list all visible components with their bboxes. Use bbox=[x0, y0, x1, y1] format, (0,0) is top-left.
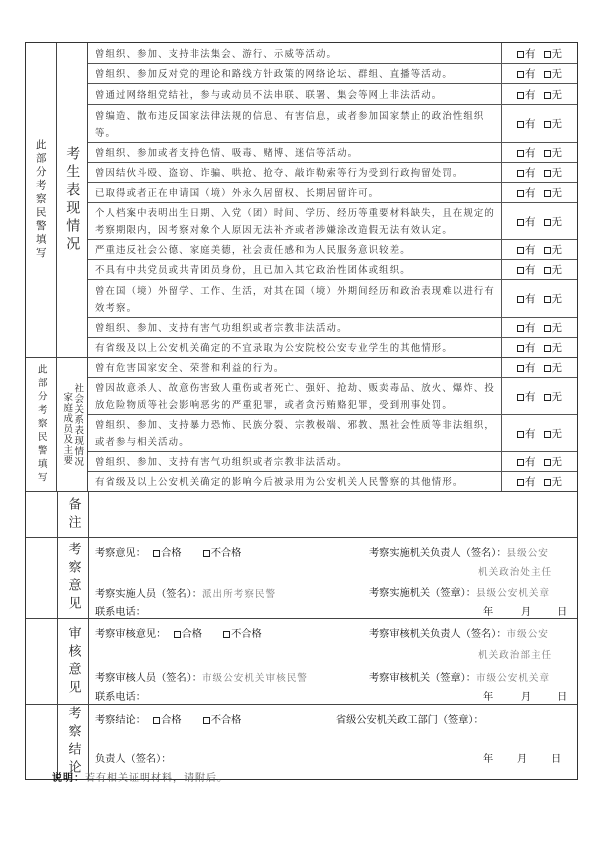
checkbox-icon bbox=[517, 247, 524, 254]
inspection-section: 考察意见 考察意见： 合格 不合格 考察实施人员（签名）：派出所考察民警 联系电… bbox=[26, 537, 577, 618]
candidate-section: 此部分考察民警填写 考生表现情况 曾组织、参加、支持非法集会、游行、示威等活动。… bbox=[26, 43, 577, 357]
candidate-inner-label: 考生表现情况 bbox=[62, 146, 82, 254]
yes-no-choice: 有 无 bbox=[502, 105, 577, 142]
yes-checkbox[interactable]: 有 bbox=[517, 389, 536, 404]
review-section: 审核意见 考察审核意见： 合格 不合格 考察审核人员（签名）：市级公安机关审核民… bbox=[26, 618, 577, 704]
family-item: 曾组织、参加、支持有害气功组织或者宗教非法活动。 有 无 bbox=[88, 451, 577, 471]
checkbox-icon bbox=[544, 150, 551, 157]
checkbox-icon bbox=[517, 394, 524, 401]
date-year: 年 bbox=[483, 688, 493, 703]
item-text: 曾编造、散布违反国家法律法规的信息、有害信息，或者参加国家禁止的政治性组织等。 bbox=[88, 105, 502, 142]
checkbox-icon bbox=[517, 431, 524, 438]
no-checkbox[interactable]: 无 bbox=[544, 145, 563, 160]
no-checkbox[interactable]: 无 bbox=[544, 340, 563, 355]
checkbox-icon bbox=[517, 219, 524, 226]
checkbox-icon bbox=[544, 365, 551, 372]
checkbox-icon bbox=[544, 92, 551, 99]
inspection-content: 考察意见： 合格 不合格 考察实施人员（签名）：派出所考察民警 联系电话： 考察… bbox=[89, 538, 577, 618]
date-day: 日 bbox=[557, 688, 567, 703]
inspection-label-cell: 考察意见 bbox=[58, 538, 89, 618]
checkbox-icon bbox=[544, 479, 551, 486]
no-checkbox[interactable]: 无 bbox=[544, 426, 563, 441]
review-form-table: 此部分考察民警填写 考生表现情况 曾组织、参加、支持非法集会、游行、示威等活动。… bbox=[25, 42, 578, 780]
checkbox-icon bbox=[203, 717, 210, 724]
checkbox-icon bbox=[544, 219, 551, 226]
fail-checkbox[interactable]: 不合格 bbox=[203, 548, 242, 559]
family-items: 曾有危害国家安全、荣誉和利益的行为。 有 无 曾因故意杀人、故意伤害致人重伤或者… bbox=[88, 358, 577, 491]
candidate-item: 已取得或者正在申请国（境）外永久居留权、长期居留许可。 有 无 bbox=[88, 182, 577, 202]
yes-checkbox[interactable]: 有 bbox=[517, 145, 536, 160]
yes-no-choice: 有 无 bbox=[502, 280, 577, 317]
conclusion-content: 考察结论： 合格 不合格 负责人（签名）： 省级公安机关政工部门（签章）： 年 … bbox=[89, 705, 577, 779]
checkbox-icon bbox=[517, 296, 524, 303]
fail-checkbox[interactable]: 不合格 bbox=[223, 629, 262, 640]
reviewer-value[interactable]: 市级公安机关审核民警 bbox=[202, 673, 308, 684]
checkbox-icon bbox=[544, 121, 551, 128]
date-day: 日 bbox=[557, 603, 567, 618]
yes-no-choice: 有 无 bbox=[502, 203, 577, 239]
review-opinion-label: 考察审核意见： bbox=[95, 629, 166, 640]
item-text: 曾组织、参加或者支持色情、吸毒、赌博、迷信等活动。 bbox=[88, 143, 502, 162]
item-text: 有省级及以上公安机关确定的不宜录取为公安院校公安专业学生的其他情形。 bbox=[88, 338, 502, 357]
family-inner-label: 社会关系表现情况 家庭成员及主要 bbox=[61, 383, 83, 467]
checkbox-icon bbox=[153, 717, 160, 724]
remarks-label-cell: 备注 bbox=[58, 492, 89, 537]
checkbox-icon bbox=[517, 267, 524, 274]
checkbox-icon bbox=[517, 170, 524, 177]
checkbox-icon bbox=[153, 550, 160, 557]
checkbox-icon bbox=[544, 325, 551, 332]
candidate-item: 不具有中共党员或共青团员身份，且已加入其它政治性团体或组织。 有 无 bbox=[88, 259, 577, 279]
review-leader-value-cont: 机关政治部主任 bbox=[478, 647, 552, 661]
checkbox-icon bbox=[517, 92, 524, 99]
candidate-item: 曾在国（境）外留学、工作、生活，对其在国（境）外期间经历和政治表现难以进行有效考… bbox=[88, 279, 577, 317]
yes-checkbox[interactable]: 有 bbox=[517, 320, 536, 335]
note-text: 若有相关证明材料，请附后。 bbox=[85, 773, 228, 784]
yes-checkbox[interactable]: 有 bbox=[517, 165, 536, 180]
item-text: 有省级及以上公安机关确定的影响今后被录用为公安机关人民警察的其他情形。 bbox=[88, 472, 502, 491]
conclusion-section: 考察结论 考察结论： 合格 不合格 负责人（签名）： 省级公安机关政工部门（签章… bbox=[26, 704, 577, 779]
candidate-item: 曾编造、散布违反国家法律法规的信息、有害信息，或者参加国家禁止的政治性组织等。 … bbox=[88, 104, 577, 142]
yes-checkbox[interactable]: 有 bbox=[517, 426, 536, 441]
remarks-section: 备注 bbox=[26, 491, 577, 537]
checkbox-icon bbox=[517, 190, 524, 197]
leader-value[interactable]: 县级公安 bbox=[507, 548, 549, 559]
candidate-item: 曾因结伙斗殴、盗窃、诈骗、哄抢、抢夺、敲诈勒索等行为受到行政拘留处罚。 有 无 bbox=[88, 162, 577, 182]
item-text: 曾在国（境）外留学、工作、生活，对其在国（境）外期间经历和政治表现难以进行有效考… bbox=[88, 280, 502, 317]
candidate-item: 严重违反社会公德、家庭美德，社会责任感和为人民服务意识较差。 有 无 bbox=[88, 239, 577, 259]
checkbox-icon bbox=[544, 345, 551, 352]
yes-no-choice: 有 无 bbox=[502, 43, 577, 63]
remarks-label: 备注 bbox=[64, 497, 83, 533]
date-year: 年 bbox=[483, 603, 493, 618]
date-month: 月 bbox=[521, 603, 531, 618]
candidate-item: 曾组织、参加、支持非法集会、游行、示威等活动。 有 无 bbox=[88, 43, 577, 63]
pass-checkbox[interactable]: 合格 bbox=[153, 715, 181, 726]
checkbox-icon bbox=[517, 459, 524, 466]
no-checkbox[interactable]: 无 bbox=[544, 214, 563, 229]
no-checkbox[interactable]: 无 bbox=[544, 116, 563, 131]
checkbox-icon bbox=[544, 296, 551, 303]
family-item: 曾因故意杀人、故意伤害致人重伤或者死亡、强奸、抢劫、贩卖毒品、放火、爆炸、投放危… bbox=[88, 377, 577, 414]
org-seal-label: 考察实施机关（签章）： bbox=[369, 588, 476, 599]
empty-cell bbox=[26, 619, 58, 704]
yes-checkbox[interactable]: 有 bbox=[517, 360, 536, 375]
checkbox-icon bbox=[223, 631, 230, 638]
checkbox-icon bbox=[544, 431, 551, 438]
no-checkbox[interactable]: 无 bbox=[544, 87, 563, 102]
inspector-label: 考察实施人员（签名）： bbox=[95, 589, 202, 600]
yes-checkbox[interactable]: 有 bbox=[517, 185, 536, 200]
no-checkbox[interactable]: 无 bbox=[544, 291, 563, 306]
checkbox-icon bbox=[544, 51, 551, 58]
empty-cell bbox=[26, 538, 58, 618]
family-item: 曾有危害国家安全、荣誉和利益的行为。 有 无 bbox=[88, 358, 577, 377]
no-checkbox[interactable]: 无 bbox=[544, 389, 563, 404]
candidate-outer-label-cell: 此部分考察民警填写 bbox=[26, 43, 57, 357]
leader-value-cont: 机关政治处主任 bbox=[478, 564, 552, 578]
candidate-item: 曾组织、参加或者支持色情、吸毒、赌博、迷信等活动。 有 无 bbox=[88, 142, 577, 162]
no-checkbox[interactable]: 无 bbox=[544, 320, 563, 335]
yes-no-choice: 有 无 bbox=[502, 378, 577, 414]
empty-cell bbox=[26, 492, 58, 537]
yes-checkbox[interactable]: 有 bbox=[517, 46, 536, 61]
item-text: 曾组织、参加反对党的理论和路线方针政策的网络论坛、群组、直播等活动。 bbox=[88, 64, 502, 83]
date-month: 月 bbox=[521, 688, 531, 703]
yes-no-choice: 有 无 bbox=[502, 143, 577, 162]
no-checkbox[interactable]: 无 bbox=[544, 165, 563, 180]
family-inner-label-cell: 社会关系表现情况 家庭成员及主要 bbox=[57, 358, 88, 491]
review-org-seal-label: 考察审核机关（签章）： bbox=[369, 673, 476, 684]
yes-checkbox[interactable]: 有 bbox=[517, 116, 536, 131]
yes-no-choice: 有 无 bbox=[502, 240, 577, 259]
phone-label: 联系电话： bbox=[95, 688, 146, 703]
no-checkbox[interactable]: 无 bbox=[544, 66, 563, 81]
review-label: 审核意见 bbox=[64, 626, 83, 698]
item-text: 曾组织、参加、支持非法集会、游行、示威等活动。 bbox=[88, 43, 502, 63]
conclusion-leader-label: 负责人（签名）： bbox=[95, 750, 171, 765]
yes-checkbox[interactable]: 有 bbox=[517, 242, 536, 257]
no-checkbox[interactable]: 无 bbox=[544, 360, 563, 375]
checkbox-icon bbox=[517, 121, 524, 128]
review-content: 考察审核意见： 合格 不合格 考察审核人员（签名）：市级公安机关审核民警 联系电… bbox=[89, 619, 577, 704]
review-org-seal-value[interactable]: 市级公安机关章 bbox=[476, 673, 550, 684]
item-text: 曾组织、参加、支持暴力恐怖、民族分裂、宗教极端、邪教、黑社会性质等非法组织，或者… bbox=[88, 415, 502, 451]
no-checkbox[interactable]: 无 bbox=[544, 262, 563, 277]
inspection-opinion-label: 考察意见： bbox=[95, 548, 146, 559]
checkbox-icon bbox=[517, 71, 524, 78]
empty-cell bbox=[26, 705, 58, 779]
yes-no-choice: 有 无 bbox=[502, 260, 577, 279]
yes-checkbox[interactable]: 有 bbox=[517, 291, 536, 306]
leader-label: 考察实施机关负责人（签名）： bbox=[369, 548, 507, 559]
candidate-item: 曾通过网络组党结社，参与或动员不法串联、联署、集会等网上非法活动。 有 无 bbox=[88, 83, 577, 104]
family-outer-label: 此部分考察民警填写 bbox=[36, 364, 47, 486]
candidate-item: 个人档案中表明出生日期、入党（团）时间、学历、经历等重要材料缺失，且在规定的考察… bbox=[88, 202, 577, 239]
candidate-inner-label-cell: 考生表现情况 bbox=[57, 43, 88, 357]
inspection-label: 考察意见 bbox=[64, 542, 83, 614]
date-day: 日 bbox=[551, 750, 561, 765]
candidate-outer-label: 此部分考察民警填写 bbox=[34, 139, 49, 261]
item-text: 已取得或者正在申请国（境）外永久居留权、长期居留许可。 bbox=[88, 183, 502, 202]
family-item: 曾组织、参加、支持暴力恐怖、民族分裂、宗教极端、邪教、黑社会性质等非法组织，或者… bbox=[88, 414, 577, 451]
yes-no-choice: 有 无 bbox=[502, 84, 577, 104]
checkbox-icon bbox=[544, 394, 551, 401]
yes-checkbox[interactable]: 有 bbox=[517, 214, 536, 229]
reviewer-label: 考察审核人员（签名）： bbox=[95, 673, 202, 684]
no-checkbox[interactable]: 无 bbox=[544, 474, 563, 489]
checkbox-icon bbox=[544, 190, 551, 197]
inspector-value[interactable]: 派出所考察民警 bbox=[202, 589, 276, 600]
candidate-item: 有省级及以上公安机关确定的不宜录取为公安院校公安专业学生的其他情形。 有 无 bbox=[88, 337, 577, 357]
yes-no-choice: 有 无 bbox=[502, 358, 577, 377]
checkbox-icon bbox=[517, 150, 524, 157]
review-leader-value[interactable]: 市级公安 bbox=[507, 629, 549, 640]
family-outer-label-cell: 此部分考察民警填写 bbox=[26, 358, 57, 491]
no-checkbox[interactable]: 无 bbox=[544, 242, 563, 257]
family-inner-label-b: 社会关系表现情况 bbox=[72, 383, 83, 467]
item-text: 曾有危害国家安全、荣誉和利益的行为。 bbox=[88, 358, 502, 377]
note-label: 说明： bbox=[52, 773, 85, 784]
checkbox-icon bbox=[517, 345, 524, 352]
family-inner-label-a: 家庭成员及主要 bbox=[61, 392, 72, 466]
pass-checkbox[interactable]: 合格 bbox=[153, 548, 181, 559]
yes-checkbox[interactable]: 有 bbox=[517, 454, 536, 469]
item-text: 曾因结伙斗殴、盗窃、诈骗、哄抢、抢夺、敲诈勒索等行为受到行政拘留处罚。 bbox=[88, 163, 502, 182]
remarks-field[interactable] bbox=[89, 492, 577, 537]
conclusion-opinion-label: 考察结论： bbox=[95, 715, 146, 726]
checkbox-icon bbox=[544, 459, 551, 466]
checkbox-icon bbox=[517, 51, 524, 58]
yes-checkbox[interactable]: 有 bbox=[517, 340, 536, 355]
no-checkbox[interactable]: 无 bbox=[544, 185, 563, 200]
checkbox-icon bbox=[544, 267, 551, 274]
item-text: 曾因故意杀人、故意伤害致人重伤或者死亡、强奸、抢劫、贩卖毒品、放火、爆炸、投放危… bbox=[88, 378, 502, 414]
phone-label: 联系电话： bbox=[95, 603, 146, 618]
item-text: 个人档案中表明出生日期、入党（团）时间、学历、经历等重要材料缺失，且在规定的考察… bbox=[88, 203, 502, 239]
yes-no-choice: 有 无 bbox=[502, 338, 577, 357]
family-section: 此部分考察民警填写 社会关系表现情况 家庭成员及主要 曾有危害国家安全、荣誉和利… bbox=[26, 357, 577, 491]
yes-checkbox[interactable]: 有 bbox=[517, 262, 536, 277]
checkbox-icon bbox=[517, 325, 524, 332]
fail-checkbox[interactable]: 不合格 bbox=[203, 715, 242, 726]
item-text: 曾通过网络组党结社，参与或动员不法串联、联署、集会等网上非法活动。 bbox=[88, 84, 502, 104]
candidate-item: 曾组织、参加、支持有害气功组织或者宗教非法活动。 有 无 bbox=[88, 317, 577, 337]
yes-checkbox[interactable]: 有 bbox=[517, 87, 536, 102]
date-year: 年 bbox=[483, 750, 493, 765]
checkbox-icon bbox=[174, 631, 181, 638]
provincial-dept-label: 省级公安机关政工部门（签章）： bbox=[336, 711, 484, 726]
conclusion-label-cell: 考察结论 bbox=[58, 705, 89, 779]
no-checkbox[interactable]: 无 bbox=[544, 46, 563, 61]
checkbox-icon bbox=[544, 247, 551, 254]
review-label-cell: 审核意见 bbox=[58, 619, 89, 704]
checkbox-icon bbox=[544, 170, 551, 177]
item-text: 严重违反社会公德、家庭美德，社会责任感和为人民服务意识较差。 bbox=[88, 240, 502, 259]
candidate-items: 曾组织、参加、支持非法集会、游行、示威等活动。 有 无 曾组织、参加反对党的理论… bbox=[88, 43, 577, 357]
item-text: 曾组织、参加、支持有害气功组织或者宗教非法活动。 bbox=[88, 318, 502, 337]
yes-no-choice: 有 无 bbox=[502, 64, 577, 83]
checkbox-icon bbox=[517, 479, 524, 486]
date-month: 月 bbox=[517, 750, 527, 765]
yes-no-choice: 有 无 bbox=[502, 183, 577, 202]
yes-no-choice: 有 无 bbox=[502, 472, 577, 491]
item-text: 曾组织、参加、支持有害气功组织或者宗教非法活动。 bbox=[88, 452, 502, 471]
conclusion-label: 考察结论 bbox=[64, 706, 83, 778]
no-checkbox[interactable]: 无 bbox=[544, 454, 563, 469]
yes-no-choice: 有 无 bbox=[502, 163, 577, 182]
pass-checkbox[interactable]: 合格 bbox=[174, 629, 202, 640]
checkbox-icon bbox=[203, 550, 210, 557]
yes-no-choice: 有 无 bbox=[502, 415, 577, 451]
footer-note: 说明：若有相关证明材料，请附后。 bbox=[52, 769, 228, 784]
candidate-item: 曾组织、参加反对党的理论和路线方针政策的网络论坛、群组、直播等活动。 有 无 bbox=[88, 63, 577, 83]
yes-no-choice: 有 无 bbox=[502, 318, 577, 337]
yes-checkbox[interactable]: 有 bbox=[517, 66, 536, 81]
yes-checkbox[interactable]: 有 bbox=[517, 474, 536, 489]
org-seal-value[interactable]: 县级公安机关章 bbox=[476, 588, 550, 599]
item-text: 不具有中共党员或共青团员身份，且已加入其它政治性团体或组织。 bbox=[88, 260, 502, 279]
checkbox-icon bbox=[517, 365, 524, 372]
review-leader-label: 考察审核机关负责人（签名）： bbox=[369, 629, 507, 640]
checkbox-icon bbox=[544, 71, 551, 78]
family-item: 有省级及以上公安机关确定的影响今后被录用为公安机关人民警察的其他情形。 有 无 bbox=[88, 471, 577, 491]
yes-no-choice: 有 无 bbox=[502, 452, 577, 471]
